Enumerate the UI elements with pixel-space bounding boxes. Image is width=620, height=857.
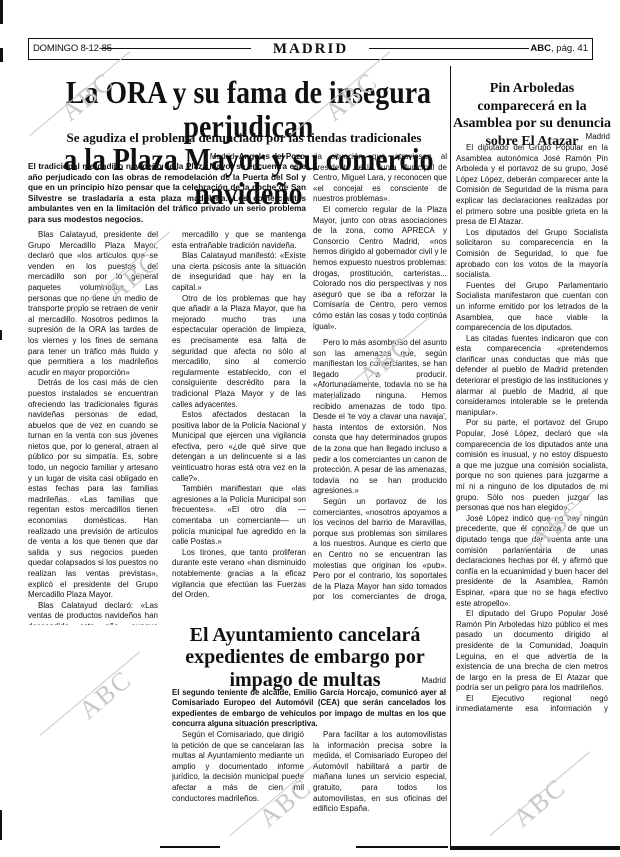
paragraph: El diputado del Grupo Popular en la Asam… [456, 143, 608, 228]
watermark-abc: ABC [507, 772, 572, 833]
watermark-abc: ABC [73, 664, 138, 725]
newspaper-page: DOMINGO 8-12-85 MADRID ABC, pág. 41 La O… [0, 0, 620, 857]
second-byline: Madrid [300, 676, 446, 685]
side-byline: Madrid [455, 132, 610, 141]
paragraph: Otro de los problemas que hay que añadir… [172, 294, 306, 411]
page-number: ABC, pág. 41 [530, 43, 588, 54]
main-byline: Madrid. Angeles del Pozo [160, 152, 305, 161]
paragraph: Los diputados del Grupo Socialista solic… [456, 228, 608, 281]
bottom-rule [160, 846, 220, 848]
issue-date: DOMINGO 8-12-85 [33, 43, 112, 54]
side-article-body: El diputado del Grupo Popular en la Asam… [456, 143, 608, 713]
main-article-column-2: mercadillo y que se mantenga esta entrañ… [172, 230, 306, 602]
bottom-rule [450, 846, 620, 850]
crop-mark [0, 0, 3, 24]
paragraph: Las citadas fuentes indicaron que con es… [456, 334, 608, 419]
crop-mark [0, 330, 2, 340]
paragraph: Detrás de los casi más de cien puestos i… [28, 378, 158, 600]
paragraph: El Ejecutivo regional negó inmediatament… [456, 694, 608, 713]
paragraph: Los tirones, que tanto proliferan durant… [172, 548, 306, 601]
byline-author: Angeles del Pozo [239, 152, 305, 161]
paragraph: Fuentes del Grupo Parlamentario Socialis… [456, 281, 608, 334]
main-lead: El tradicional mercadillo navideño de la… [28, 162, 306, 226]
crop-mark [0, 48, 3, 62]
section-title: MADRID [267, 41, 354, 58]
masthead: DOMINGO 8-12-85 MADRID ABC, pág. 41 [28, 38, 593, 60]
publication-name: ABC [530, 43, 551, 54]
paragraph: mercadillo y que se mantenga esta entrañ… [172, 230, 306, 251]
paragraph: Para facilitar a los automovilistas la i… [313, 730, 447, 815]
paragraph: Blas Calatayud manifestó: «Existe una ci… [172, 251, 306, 293]
masthead-rule [369, 48, 529, 49]
paragraph: Según un portavoz de los comerciantes, «… [313, 497, 447, 604]
paragraph: Blas Calatayud declaró: «Las ventas de p… [28, 601, 158, 625]
paragraph: El comercio regular de la Plaza Mayor, j… [313, 205, 447, 332]
column-divider [450, 66, 451, 848]
page-label: , pág. 41 [551, 43, 588, 54]
byline-place: Madrid. [210, 152, 239, 161]
paragraph: Los comerciantes de la Plaza Mayor han c… [172, 601, 306, 602]
second-lead: El segundo teniente de alcalde, Emilio G… [172, 688, 446, 730]
paragraph: También manifiestan que «las agresiones … [172, 484, 306, 548]
crop-mark [0, 810, 2, 840]
paragraph: ria situación que atraviesan al presiden… [313, 152, 447, 205]
paragraph: Estos afectados destacan la positiva lab… [172, 410, 306, 484]
second-article-column-2: Para facilitar a los automovilistas la i… [313, 730, 447, 815]
masthead-rule [101, 48, 251, 49]
paragraph: Por su parte, el portavoz del Grupo Popu… [456, 418, 608, 513]
paragraph: El diputado del Grupo Popular José Ramón… [456, 609, 608, 694]
bottom-rule [356, 846, 448, 848]
subheadline: Se agudiza el problema denunciado por la… [44, 130, 444, 146]
